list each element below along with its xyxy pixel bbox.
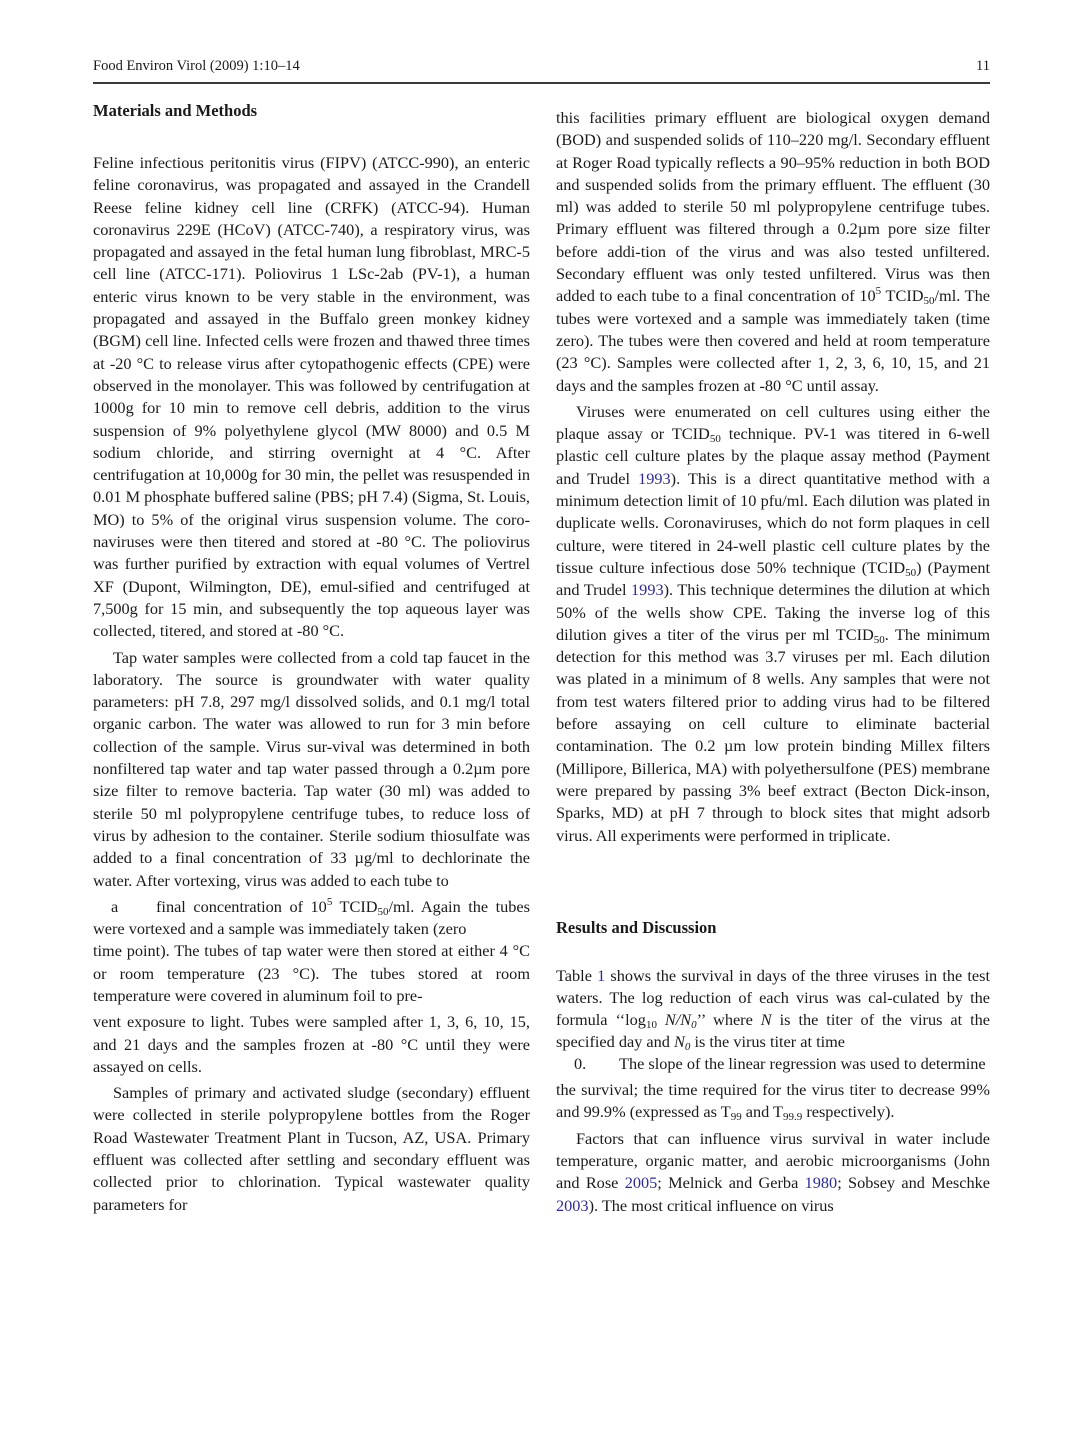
table-reference-link[interactable]: 1: [597, 966, 605, 985]
paragraph-regression: 0.The slope of the linear regression was…: [556, 1053, 990, 1075]
section-heading-results-discussion: Results and Discussion: [556, 917, 990, 939]
paragraph-virus-preparation: Feline infectious peritonitis virus (FIP…: [93, 152, 530, 643]
citation-link-1993[interactable]: 1993: [631, 580, 664, 599]
page-number: 11: [976, 58, 990, 75]
paragraph-survival-factors: Factors that can influence virus surviva…: [556, 1128, 990, 1217]
paragraph-tap-water-cont: afinal concentration of 105 TCID50/ml. A…: [93, 896, 530, 941]
left-column: Materials and Methods Feline infectious …: [93, 100, 530, 1216]
running-header: Food Environ Virol (2009) 1:10–14 11: [93, 58, 990, 80]
right-column: this facilities primary effluent are bio…: [556, 100, 990, 1217]
journal-citation: Food Environ Virol (2009) 1:10–14: [93, 58, 300, 75]
citation-link-1993[interactable]: 1993: [638, 469, 671, 488]
section-heading-materials-methods: Materials and Methods: [93, 100, 530, 122]
citation-link-2003[interactable]: 2003: [556, 1196, 589, 1215]
paragraph-effluent: this facilities primary effluent are bio…: [556, 107, 990, 397]
paragraph-wastewater-samples: Samples of primary and activated sludge …: [93, 1082, 530, 1216]
header-rule: [93, 82, 990, 84]
citation-link-1980[interactable]: 1980: [805, 1173, 838, 1192]
citation-link-2005[interactable]: 2005: [625, 1173, 658, 1192]
paragraph-tap-water-storage: time point). The tubes of tap water were…: [93, 940, 530, 1007]
paragraph-table-survival: Table 1 shows the survival in days of th…: [556, 965, 990, 1053]
paragraph-virus-enumeration: Viruses were enumerated on cell cultures…: [556, 401, 990, 847]
paragraph-survival-definition: the survival; the time required for the …: [556, 1079, 990, 1124]
paragraph-tap-water: Tap water samples were collected from a …: [93, 647, 530, 892]
paragraph-tap-water-sampling: vent exposure to light. Tubes were sampl…: [93, 1011, 530, 1078]
